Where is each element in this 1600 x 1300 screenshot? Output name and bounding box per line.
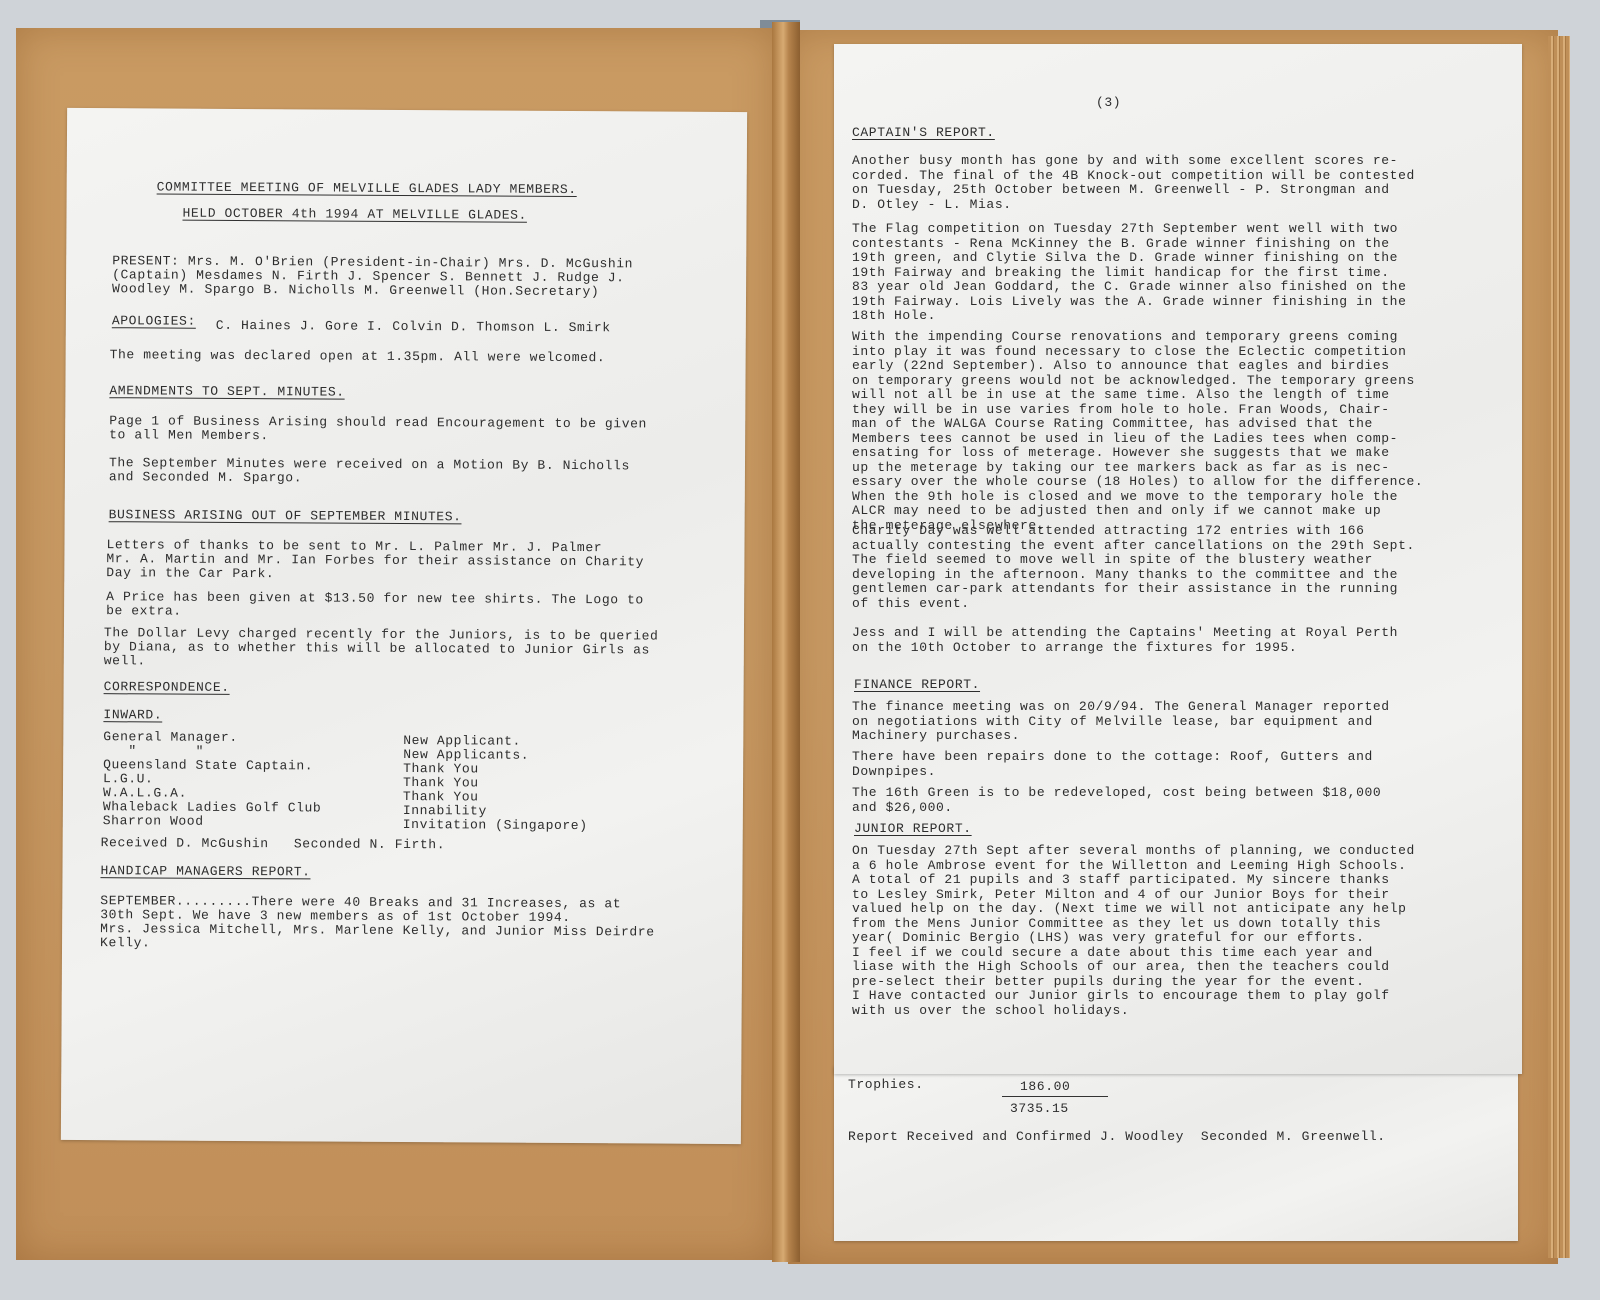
text-line: Downpipes.: [852, 765, 936, 779]
business-arising-heading: BUSINESS ARISING OUT OF SEPTEMBER MINUTE…: [109, 508, 462, 524]
text-line: 83 year old Jean Goddard, the C. Grade w…: [852, 280, 1406, 294]
amendments-heading: AMENDMENTS TO SEPT. MINUTES.: [109, 384, 344, 399]
apologies-label: APOLOGIES:: [112, 314, 196, 329]
text-line: from the Mens Junior Committee as they l…: [852, 917, 1381, 931]
book-spine: [772, 22, 800, 1262]
text-line: a 6 hole Ambrose event for the Willetton…: [852, 859, 1406, 873]
text-line: ensating for loss of meterage. However s…: [852, 446, 1390, 460]
text-line: The Flag competition on Tuesday 27th Sep…: [852, 222, 1398, 236]
text-line: Jess and I will be attending the Captain…: [852, 626, 1398, 640]
text-line: pre-select their better pupils during th…: [852, 975, 1364, 989]
text-line: by Diana, as to whether this will be all…: [104, 640, 650, 657]
trophies-amount: 186.00: [1020, 1080, 1070, 1094]
text-line: and Seconded M. Spargo.: [109, 470, 302, 485]
page-number: (3): [1096, 96, 1121, 110]
text-line: Machinery purchases.: [852, 729, 1020, 743]
text-line: will not all be in use at the same time.…: [852, 388, 1390, 402]
text-line: to Lesley Smirk, Peter Milton and 4 of o…: [852, 888, 1390, 902]
underlying-finance-sheet: Less Cost of Trophies. 186.00 3735.15 Re…: [834, 1066, 1518, 1241]
text-line: liase with the High Schools of our area,…: [852, 960, 1390, 974]
balance-total: 3735.15: [1010, 1102, 1069, 1116]
text-line: year( Dominic Bergio (LHS) was very grat…: [852, 931, 1364, 945]
text-line: to all Men Members.: [109, 428, 269, 443]
meeting-opening: The meeting was declared open at 1.35pm.…: [110, 348, 606, 365]
captain-report-heading: CAPTAIN'S REPORT.: [852, 126, 995, 140]
text-line: Another busy month has gone by and with …: [852, 154, 1398, 168]
left-minutes-sheet: COMMITTEE MEETING OF MELVILLE GLADES LAD…: [61, 108, 747, 1144]
text-line: be extra.: [106, 604, 182, 618]
text-line: I Have contacted our Junior girls to enc…: [852, 989, 1390, 1003]
text-line: When the 9th hole is closed and we move …: [852, 490, 1398, 504]
text-line: Members tees cannot be used in lieu of t…: [852, 432, 1398, 446]
text-line: On Tuesday 27th Sept after several month…: [852, 844, 1415, 858]
apologies-text: C. Haines J. Gore I. Colvin D. Thomson L…: [216, 319, 611, 335]
page-edges: [1548, 36, 1570, 1258]
text-line: on the 10th October to arrange the fixtu…: [852, 641, 1297, 655]
text-line: up the meterage by taking our tee marker…: [852, 461, 1390, 475]
total-rule: [1002, 1096, 1108, 1097]
text-line: and $26,000.: [852, 801, 953, 815]
text-line: corded. The final of the 4B Knock-out co…: [852, 169, 1415, 183]
text-line: A Price has been given at $13.50 for new…: [106, 590, 644, 607]
trophies-label: Trophies.: [848, 1078, 924, 1092]
text-line: early (22nd September). Also to announce…: [852, 359, 1390, 373]
handicap-heading: HANDICAP MANAGERS REPORT.: [100, 864, 310, 879]
text-line: into play it was found necessary to clos…: [852, 345, 1406, 359]
text-line: 19th Fairway. Lois Lively was the A. Gra…: [852, 295, 1406, 309]
text-line: well.: [104, 654, 146, 668]
text-line: on Tuesday, 25th October between M. Gree…: [852, 183, 1390, 197]
text-line: The finance meeting was on 20/9/94. The …: [852, 700, 1390, 714]
text-line: developing in the afternoon. Many thanks…: [852, 568, 1398, 582]
text-line: 18th Hole.: [852, 309, 936, 323]
text-line: of this event.: [852, 597, 970, 611]
finance-report-heading: FINANCE REPORT.: [854, 678, 980, 692]
document-subtitle: HELD OCTOBER 4th 1994 AT MELVILLE GLADES…: [182, 207, 527, 223]
text-line: Charity Day was well attended attracting…: [852, 524, 1364, 538]
text-line: 19th Fairway and breaking the limit hand…: [852, 266, 1390, 280]
text-line: ALCR may need to be adjusted then and on…: [852, 504, 1381, 518]
text-line: on negotiations with City of Melville le…: [852, 715, 1373, 729]
received-seconded: Received D. McGushin Seconded N. Firth.: [101, 836, 446, 852]
report-confirmation: Report Received and Confirmed J. Woodley…: [848, 1130, 1386, 1144]
text-line: they will be in use varies from hole to …: [852, 403, 1390, 417]
document-title: COMMITTEE MEETING OF MELVILLE GLADES LAD…: [157, 180, 577, 197]
text-line: contestants - Rena McKinney the B. Grade…: [852, 237, 1390, 251]
text-line: D. Otley - L. Mias.: [852, 198, 1012, 212]
correspondence-subject: Invitation (Singapore): [403, 818, 588, 833]
text-line: 19th green, and Clytie Silva the D. Grad…: [852, 251, 1398, 265]
text-line: with us over the school holidays.: [852, 1004, 1129, 1018]
text-line: man of the WALGA Course Rating Committee…: [852, 417, 1373, 431]
text-line: gentlemen car-park attendants for their …: [852, 582, 1398, 596]
inward-heading: INWARD.: [103, 708, 162, 722]
text-line: There have been repairs done to the cott…: [852, 750, 1373, 764]
text-line: Day in the Car Park.: [106, 566, 274, 581]
correspondence-sender: Sharron Wood: [103, 814, 204, 829]
text-line: actually contesting the event after canc…: [852, 539, 1415, 553]
text-line: I feel if we could secure a date about t…: [852, 946, 1373, 960]
text-line: essary over the whole course (18 Holes) …: [852, 475, 1423, 489]
text-line: The 16th Green is to be redeveloped, cos…: [852, 786, 1381, 800]
text-line: Woodley M. Spargo B. Nicholls M. Greenwe…: [112, 282, 599, 299]
text-line: Kelly.: [100, 936, 151, 950]
text-line: With the impending Course renovations an…: [852, 330, 1398, 344]
text-line: A total of 21 pupils and 3 staff partici…: [852, 873, 1390, 887]
text-line: on temporary greens would not be acknowl…: [852, 374, 1415, 388]
correspondence-heading: CORRESPONDENCE.: [104, 680, 230, 695]
text-line: Mrs. Jessica Mitchell, Mrs. Marlene Kell…: [100, 922, 655, 939]
text-line: valued help on the day. (Next time we wi…: [852, 902, 1406, 916]
text-line: The field seemed to move well in spite o…: [852, 553, 1373, 567]
right-reports-sheet: (3) CAPTAIN'S REPORT. Another busy month…: [834, 44, 1522, 1074]
junior-report-heading: JUNIOR REPORT.: [854, 822, 972, 836]
